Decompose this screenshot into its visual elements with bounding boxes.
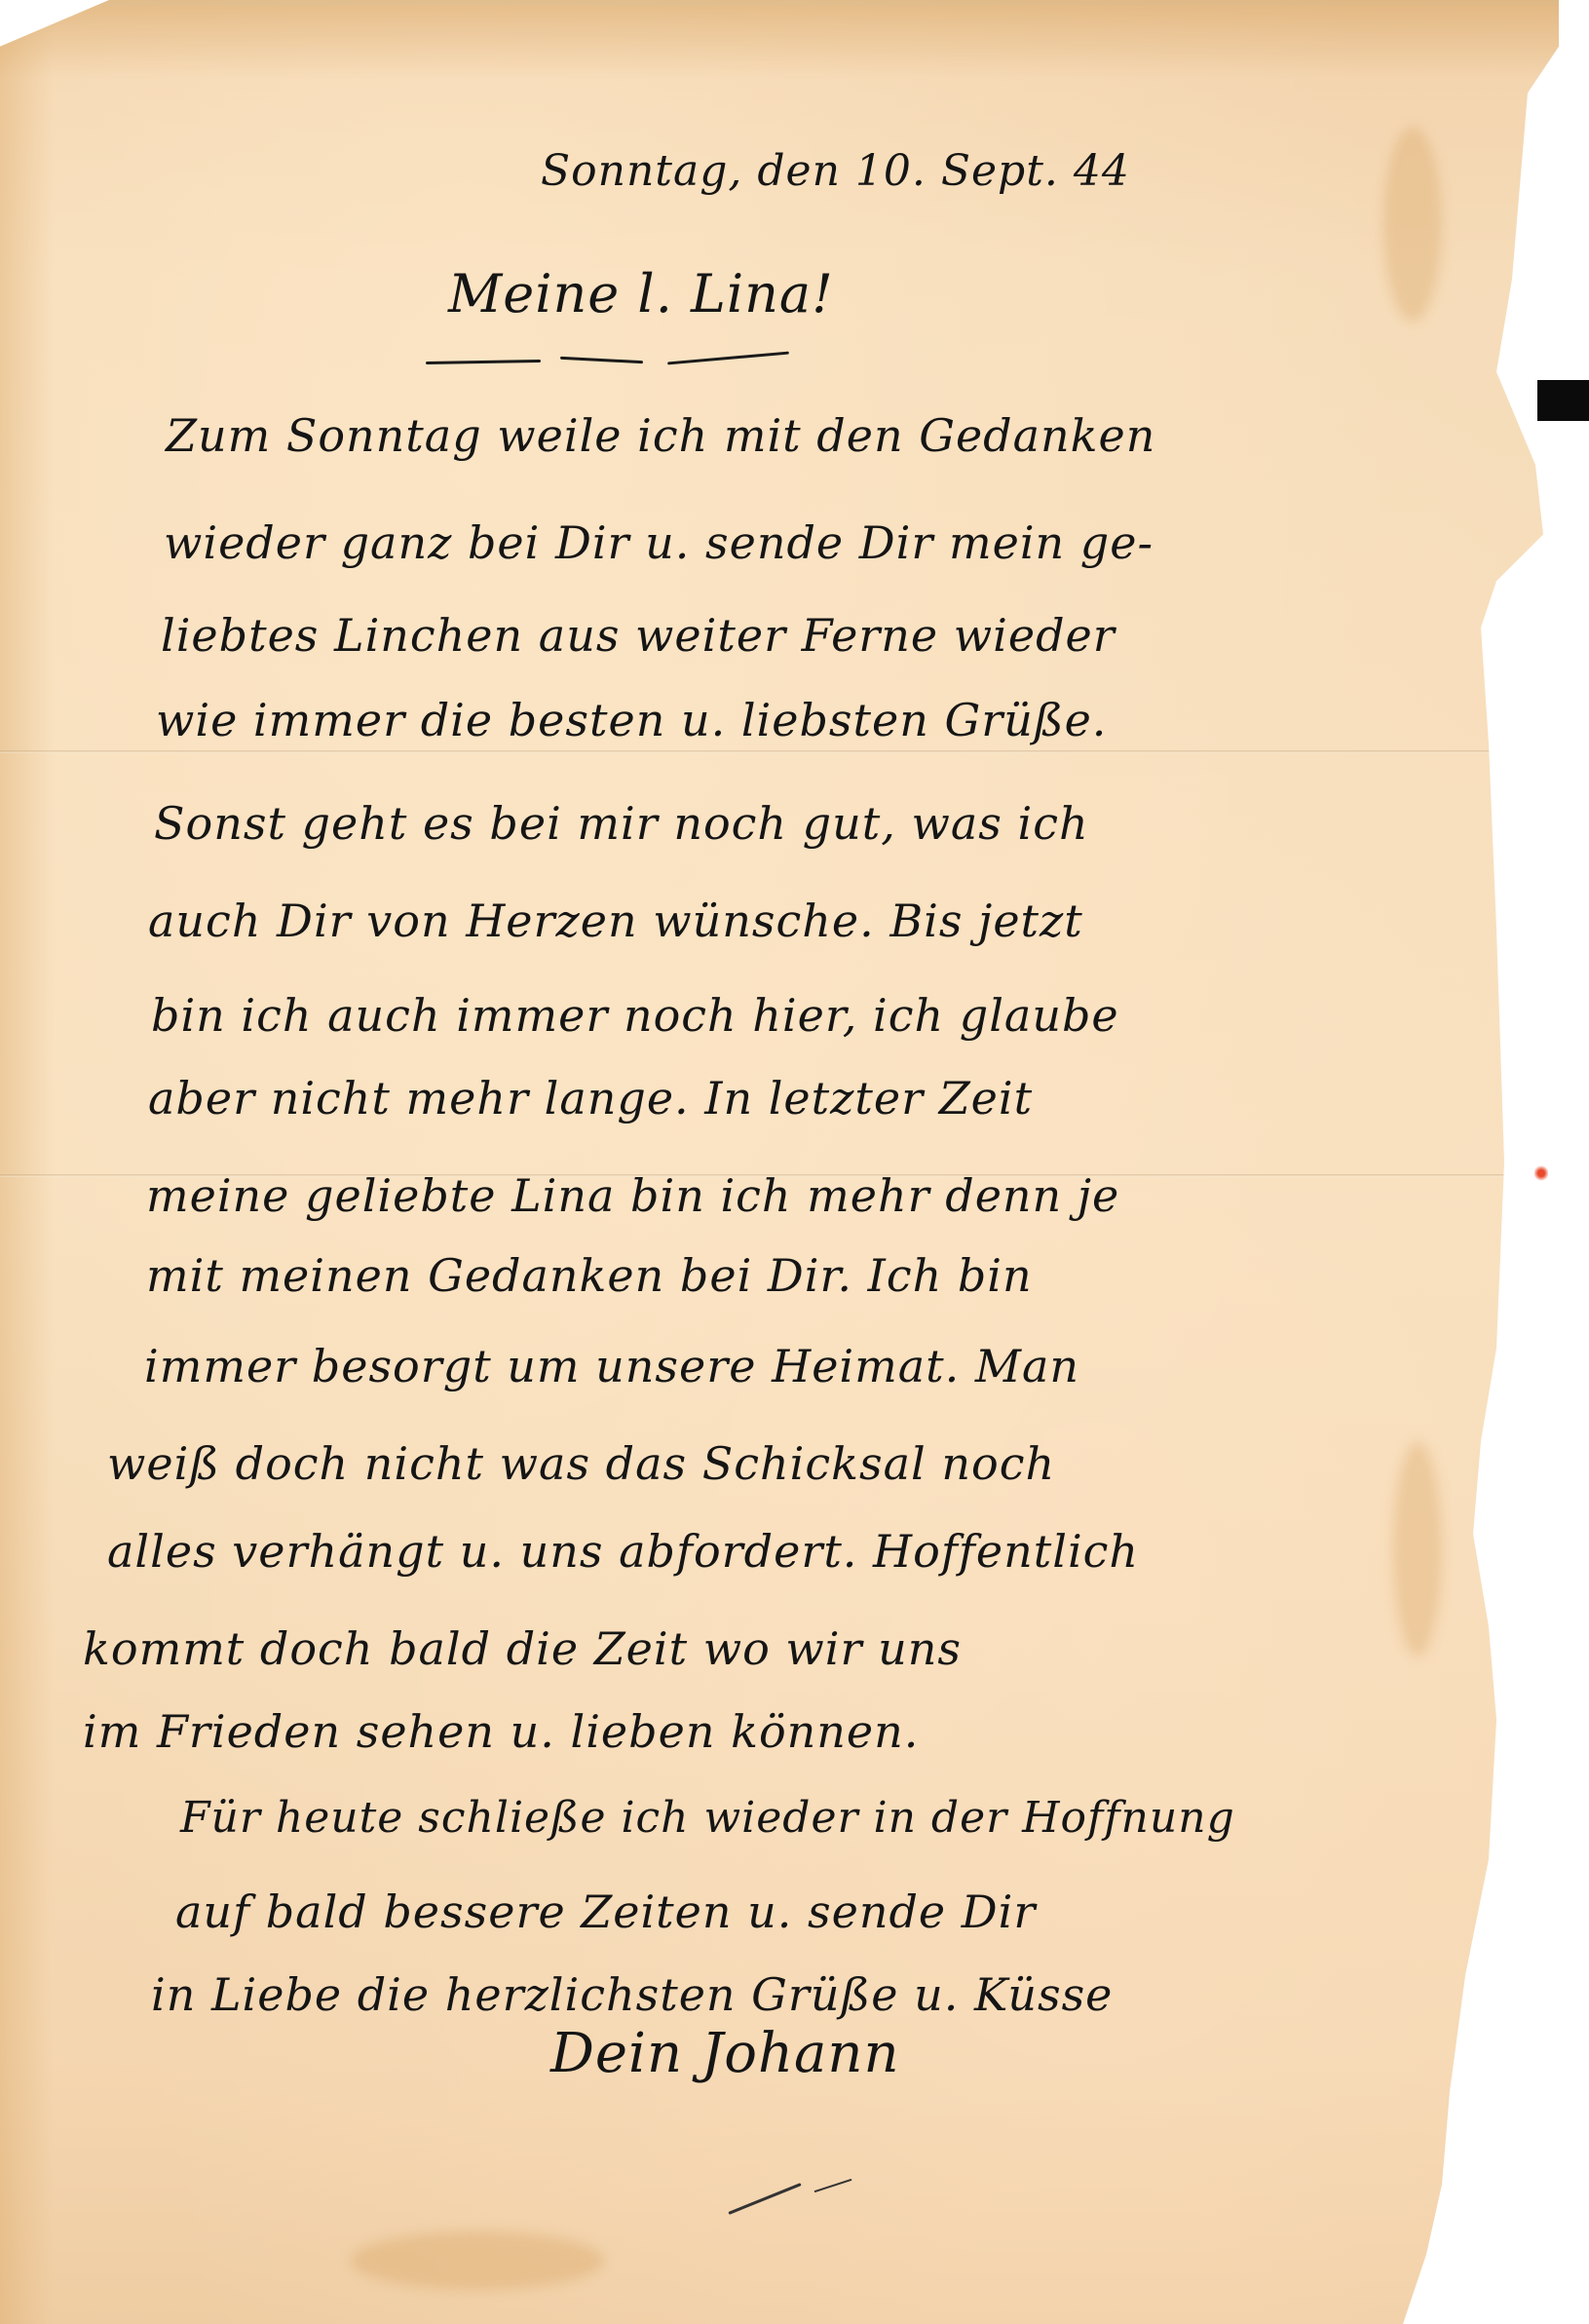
letter-body-line: mit meinen Gedanken bei Dir. Ich bin — [146, 1249, 1033, 1302]
water-stain — [351, 2231, 604, 2290]
letter-body-line: aber nicht mehr lange. In letzter Zeit — [148, 1072, 1033, 1124]
aged-paper-sheet: Sonntag, den 10. Sept. 44 Meine l. Lina!… — [0, 0, 1559, 2324]
signature-flourish — [814, 2179, 852, 2192]
letter-body-line: meine geliebte Lina bin ich mehr denn je — [146, 1169, 1119, 1222]
letter-body-line: auf bald bessere Zeiten u. sende Dir — [175, 1886, 1036, 1938]
letter-body-line: Zum Sonntag weile ich mit den Gedanken — [166, 409, 1155, 462]
water-stain — [1393, 1442, 1442, 1657]
letter-body-line: alles verhängt u. uns abfordert. Hoffent… — [107, 1525, 1139, 1578]
letter-body-line: wieder ganz bei Dir u. sende Dir mein ge… — [164, 516, 1154, 569]
salutation-underline — [667, 352, 789, 365]
water-stain — [1383, 127, 1442, 322]
letter-body-line: in Liebe die herzlichsten Grüße u. Küsse — [151, 1968, 1113, 2021]
letter-body-line: kommt doch bald die Zeit wo wir uns — [83, 1622, 962, 1675]
letter-body-line: wie immer die besten u. liebsten Grüße. — [156, 694, 1107, 746]
letter-body-line: im Frieden sehen u. lieben können. — [83, 1705, 919, 1758]
letter-body-line: immer besorgt um unsere Heimat. Man — [144, 1340, 1079, 1392]
letter-body-line: weiß doch nicht was das Schicksal noch — [107, 1437, 1055, 1490]
letter-date: Sonntag, den 10. Sept. 44 — [541, 146, 1130, 196]
letter-body-line: liebtes Linchen aus weiter Ferne wieder — [161, 609, 1116, 662]
top-edge-stain — [0, 0, 1559, 79]
letter-signature: Dein Johann — [550, 2022, 900, 2085]
signature-flourish — [728, 2183, 801, 2215]
salutation-underline — [426, 360, 541, 364]
letter-body-line: auch Dir von Herzen wünsche. Bis jetzt — [148, 895, 1083, 947]
red-ink-spot — [1534, 1164, 1548, 1182]
left-edge-stain — [0, 0, 54, 2324]
letter-body-line: Sonst geht es bei mir noch gut, was ich — [154, 797, 1089, 850]
letter-scan: Sonntag, den 10. Sept. 44 Meine l. Lina!… — [0, 0, 1589, 2324]
scanner-background-strip — [1537, 380, 1589, 421]
letter-body-line: Für heute schließe ich wieder in der Hof… — [180, 1793, 1235, 1843]
paper-fold-line — [0, 750, 1539, 753]
letter-body-line: bin ich auch immer noch hier, ich glaube — [151, 989, 1119, 1042]
salutation-underline — [560, 357, 643, 363]
letter-salutation: Meine l. Lina! — [448, 263, 834, 324]
